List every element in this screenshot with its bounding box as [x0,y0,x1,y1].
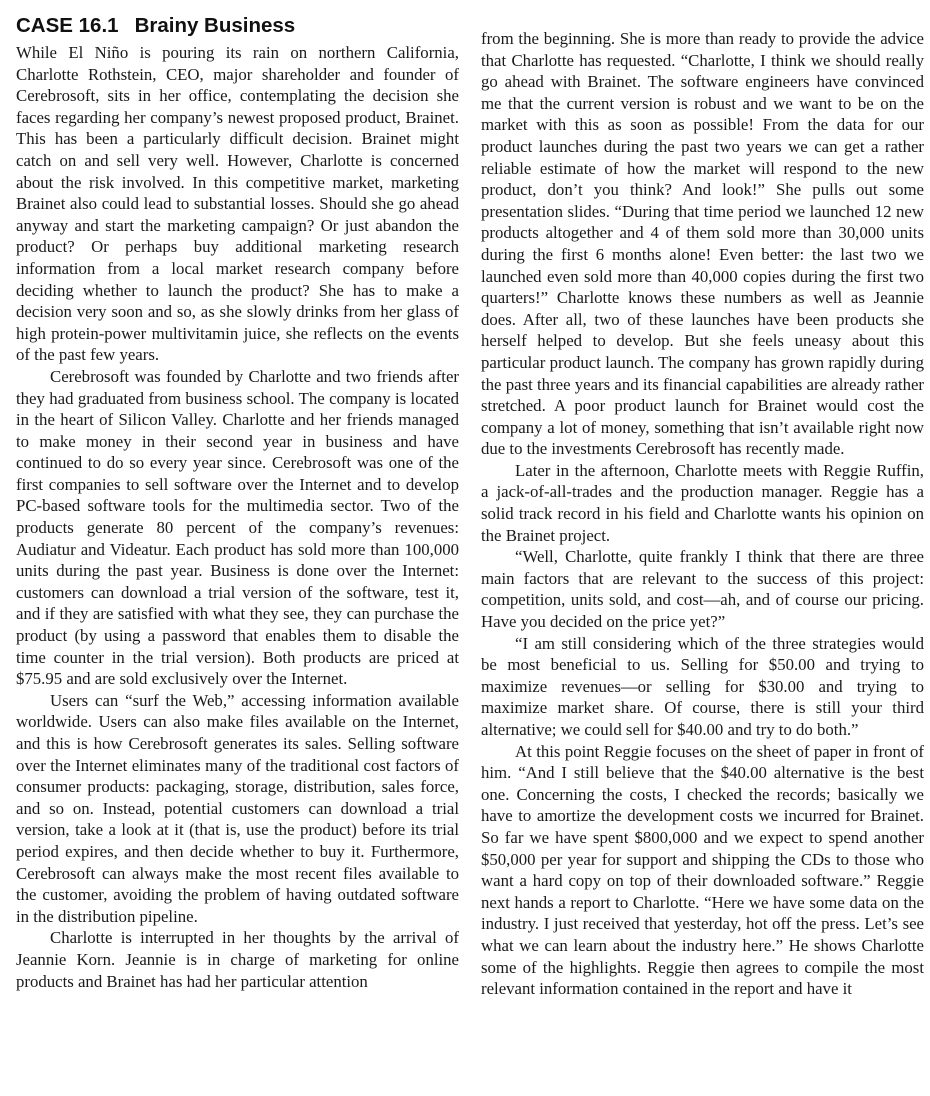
document-page: CASE 16.1Brainy Business While El Niño i… [0,0,930,1096]
case-title: Brainy Business [135,14,296,37]
case-number: CASE 16.1 [16,14,119,37]
paragraph: While El Niño is pouring its rain on nor… [16,42,459,366]
paragraph: “Well, Charlotte, quite frankly I think … [481,546,924,632]
paragraph: “I am still considering which of the thr… [481,633,924,741]
paragraph: Cerebrosoft was founded by Charlotte and… [16,366,459,690]
case-heading: CASE 16.1Brainy Business [16,12,459,40]
paragraph: Later in the afternoon, Charlotte meets … [481,460,924,546]
paragraph: Users can “surf the Web,” accessing info… [16,690,459,928]
paragraph: At this point Reggie focuses on the shee… [481,741,924,1000]
right-column: from the beginning. She is more than rea… [481,10,924,1096]
paragraph: from the beginning. She is more than rea… [481,28,924,460]
paragraph: Charlotte is interrupted in her thoughts… [16,927,459,992]
left-column: CASE 16.1Brainy Business While El Niño i… [16,10,459,1096]
